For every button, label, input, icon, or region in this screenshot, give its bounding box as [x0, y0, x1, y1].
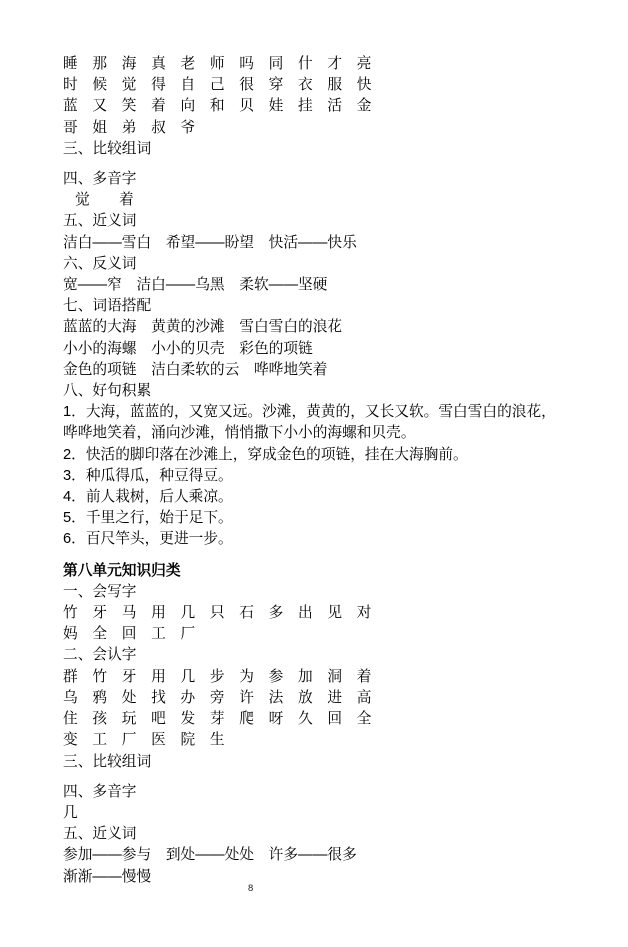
sentence-item: 6．百尺竿头，更进一步。 — [63, 529, 567, 550]
collocation-row: 金色的项链 洁白柔软的云 哗哗地笑着 — [63, 360, 567, 381]
section-heading-compare-words: 三、比较组词 — [63, 752, 567, 773]
hanzi-row: 妈 全 回 工 厂 — [63, 624, 567, 645]
synonym-pairs: 渐渐——慢慢 — [63, 867, 567, 888]
collocation-row: 小小的海螺 小小的贝壳 彩色的项链 — [63, 339, 567, 360]
section-heading-recognize-chars: 二、会认字 — [63, 645, 567, 666]
page-number: 8 — [248, 883, 253, 895]
section-heading-good-sentences: 八、好句积累 — [63, 381, 567, 402]
unit-gap — [63, 551, 567, 561]
section-heading-polyphone: 四、多音字 — [63, 782, 567, 803]
synonym-pairs: 参加——参与 到处——处处 许多——很多 — [63, 845, 567, 866]
hanzi-row: 哥 姐 弟 叔 爷 — [63, 118, 567, 139]
document-content: 睡 那 海 真 老 师 吗 同 什 才 亮 时 候 觉 得 自 己 很 穿 衣 … — [63, 54, 567, 888]
section-gap — [63, 773, 567, 782]
section-heading-synonyms: 五、近义词 — [63, 824, 567, 845]
hanzi-row: 睡 那 海 真 老 师 吗 同 什 才 亮 — [63, 54, 567, 75]
section-heading-synonyms: 五、近义词 — [63, 211, 567, 232]
sentence-item: 3．种瓜得瓜，种豆得豆。 — [63, 466, 567, 487]
hanzi-row: 乌 鸦 处 找 办 旁 许 法 放 进 高 — [63, 688, 567, 709]
polyphone-chars: 几 — [63, 803, 567, 824]
hanzi-row: 变 工 厂 医 院 生 — [63, 730, 567, 751]
sentence-item: 5．千里之行，始于足下。 — [63, 508, 567, 529]
sentence-item: 4．前人栽树，后人乘凉。 — [63, 487, 567, 508]
unit8-title: 第八单元知识归类 — [63, 561, 567, 582]
document-page: 睡 那 海 真 老 师 吗 同 什 才 亮 时 候 觉 得 自 己 很 穿 衣 … — [0, 0, 628, 947]
section-heading-antonyms: 六、反义词 — [63, 254, 567, 275]
hanzi-row: 住 孩 玩 吧 发 芽 爬 呀 久 回 全 — [63, 709, 567, 730]
section-heading-write-chars: 一、会写字 — [63, 582, 567, 603]
hanzi-row: 蓝 又 笑 着 向 和 贝 娃 挂 活 金 — [63, 96, 567, 117]
sentence-item: 1．大海，蓝蓝的，又宽又远。沙滩，黄黄的，又长又软。雪白雪白的浪花，哗哗地笑着，… — [63, 402, 567, 444]
section-heading-polyphone: 四、多音字 — [63, 169, 567, 190]
polyphone-chars: 觉 着 — [63, 190, 567, 211]
section-heading-collocations: 七、词语搭配 — [63, 296, 567, 317]
antonym-pairs: 宽——窄 洁白——乌黑 柔软——坚硬 — [63, 275, 567, 296]
hanzi-row: 竹 牙 马 用 几 只 石 多 出 见 对 — [63, 603, 567, 624]
synonym-pairs: 洁白——雪白 希望——盼望 快活——快乐 — [63, 233, 567, 254]
section-gap — [63, 160, 567, 169]
section-heading-compare-words: 三、比较组词 — [63, 139, 567, 160]
hanzi-row: 时 候 觉 得 自 己 很 穿 衣 服 快 — [63, 75, 567, 96]
hanzi-row: 群 竹 牙 用 几 步 为 参 加 洞 着 — [63, 667, 567, 688]
collocation-row: 蓝蓝的大海 黄黄的沙滩 雪白雪白的浪花 — [63, 317, 567, 338]
sentence-item: 2．快活的脚印落在沙滩上，穿成金色的项链，挂在大海胸前。 — [63, 445, 567, 466]
